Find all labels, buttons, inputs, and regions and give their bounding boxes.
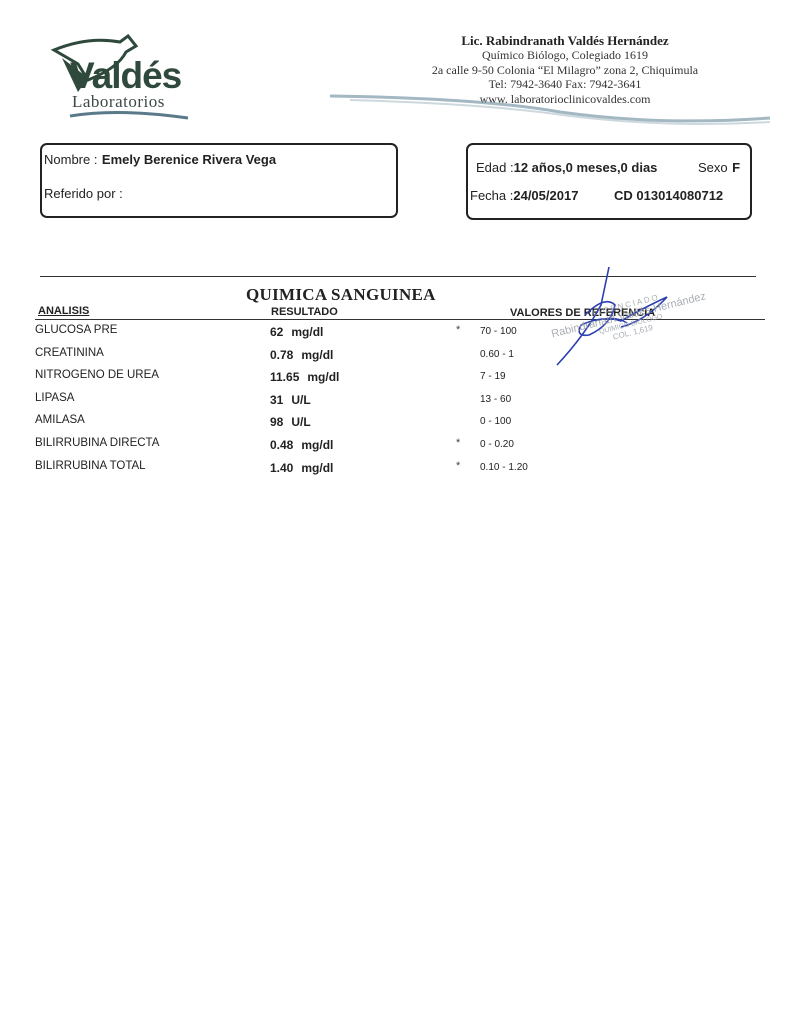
patient-info-box: Nombre : Emely Berenice Rivera Vega Refe… [40, 143, 398, 218]
abnormal-flag: * [456, 324, 460, 336]
header-swoosh [330, 88, 770, 128]
logo-subtitle: Laboratorios [72, 92, 165, 112]
abnormal-flag: * [456, 460, 460, 472]
patient-name: Emely Berenice Rivera Vega [102, 152, 276, 167]
reference-range: 7 - 19 [480, 371, 506, 382]
result-value: 0.78mg/dl [270, 348, 333, 362]
result-unit: U/L [291, 415, 310, 429]
reference-range: 0 - 0.20 [480, 439, 514, 450]
analysis-name: BILIRRUBINA TOTAL [35, 460, 146, 472]
abnormal-flag: * [456, 437, 460, 449]
reference-range: 0 - 100 [480, 416, 511, 427]
reference-range: 0.10 - 1.20 [480, 462, 528, 473]
result-value: 0.48mg/dl [270, 438, 333, 452]
result-unit: mg/dl [301, 348, 333, 362]
age-label: Edad : [476, 160, 514, 175]
lab-logo: Valdés Laboratorios [48, 28, 198, 123]
analysis-name: AMILASA [35, 414, 85, 426]
result-number: 62 [270, 325, 283, 339]
reference-range: 0.60 - 1 [480, 349, 514, 360]
sex-label: Sexo [698, 160, 728, 175]
analysis-name: NITROGENO DE UREA [35, 369, 159, 381]
name-label: Nombre : [44, 152, 97, 167]
result-number: 11.65 [270, 370, 299, 384]
reference-range: 13 - 60 [480, 394, 511, 405]
result-unit: mg/dl [301, 461, 333, 475]
referred-label: Referido por : [44, 186, 123, 201]
result-value: 98U/L [270, 415, 311, 429]
lab-address: 2a calle 9-50 Colonia “El Milagro” zona … [410, 63, 720, 78]
result-value: 62mg/dl [270, 325, 323, 339]
patient-age: 12 años,0 meses,0 dias [514, 160, 658, 175]
chemist-name: Lic. Rabindranath Valdés Hernández [410, 33, 720, 48]
analysis-name: GLUCOSA PRE [35, 324, 117, 336]
column-result: RESULTADO [271, 306, 338, 318]
patient-code: CD 013014080712 [614, 188, 723, 203]
date-label: Fecha : [470, 188, 513, 203]
patient-sex: F [732, 160, 740, 175]
result-number: 0.78 [270, 348, 293, 362]
result-number: 31 [270, 393, 283, 407]
result-value: 11.65mg/dl [270, 370, 339, 384]
logo-name: Valdés [70, 55, 181, 97]
column-analysis: ANALISIS [38, 305, 89, 317]
patient-details-box: Edad :12 años,0 meses,0 dias Sexo F Fech… [466, 143, 752, 220]
result-unit: mg/dl [307, 370, 339, 384]
result-unit: U/L [291, 393, 310, 407]
report-date: 24/05/2017 [513, 188, 578, 203]
result-value: 1.40mg/dl [270, 461, 333, 475]
analysis-name: BILIRRUBINA DIRECTA [35, 437, 159, 449]
analysis-name: CREATININA [35, 347, 104, 359]
chemist-title: Químico Biólogo, Colegiado 1619 [410, 48, 720, 63]
analysis-name: LIPASA [35, 392, 74, 404]
result-unit: mg/dl [301, 438, 333, 452]
section-title: QUIMICA SANGUINEA [246, 285, 436, 305]
result-number: 1.40 [270, 461, 293, 475]
result-unit: mg/dl [291, 325, 323, 339]
result-number: 98 [270, 415, 283, 429]
result-value: 31U/L [270, 393, 311, 407]
result-number: 0.48 [270, 438, 293, 452]
reference-range: 70 - 100 [480, 326, 517, 337]
